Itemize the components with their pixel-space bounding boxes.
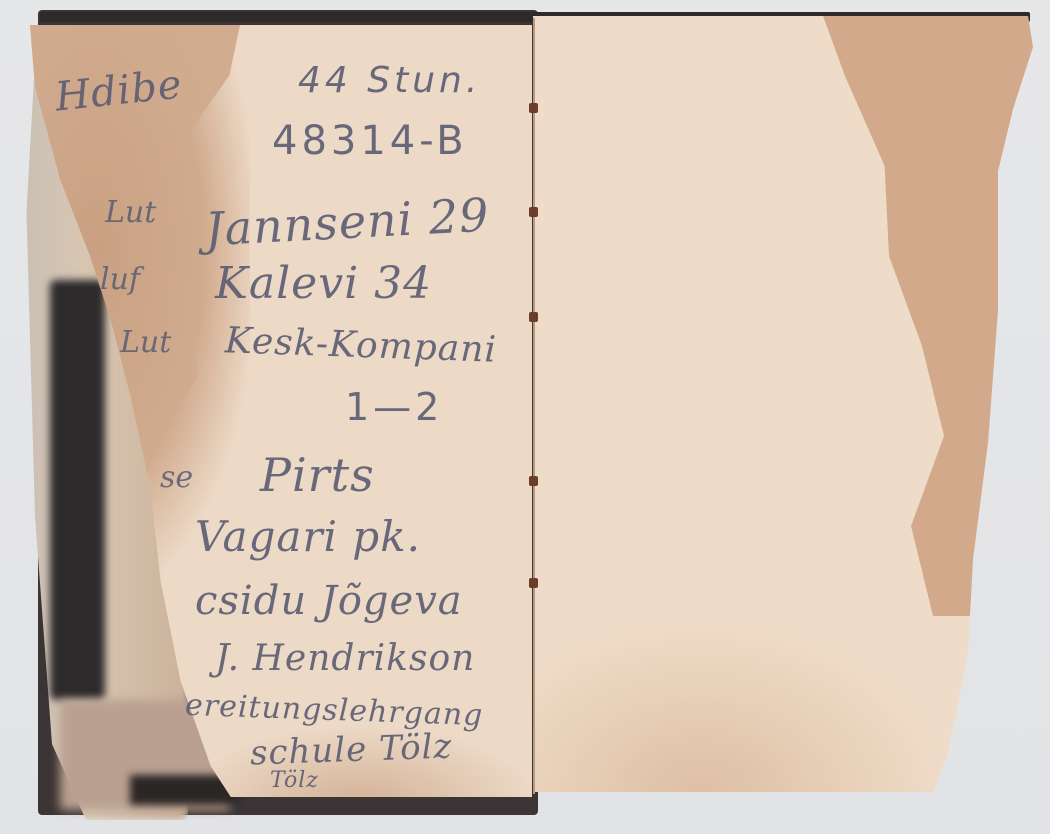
staple-hole [529, 476, 538, 486]
water-stain-right-bottom [533, 616, 953, 792]
entry-hendrikson: J. Hendrikson [215, 638, 475, 679]
entry-pirts: Pirts [260, 448, 375, 502]
spine-fold [533, 18, 535, 794]
staple-hole [529, 312, 538, 322]
entry-vagari: Vagari pk. [195, 512, 421, 561]
unit-line-2: 48314-B [272, 118, 468, 164]
entry-schule-tolz: schule Tölz [249, 726, 453, 773]
margin-fragment: se [160, 460, 193, 495]
entry-range: 1—2 [345, 385, 443, 429]
cover-shadow [50, 280, 105, 700]
staple-hole [529, 578, 538, 588]
notebook-photo: Hdibe 44 Stun. 48314-B Lut luf Lut se Ja… [0, 0, 1050, 834]
entry-jogeva: csidu Jõgeva [195, 578, 463, 624]
water-stain-right [823, 16, 1033, 616]
entry-kalevi: Kalevi 34 [215, 258, 432, 309]
unit-line-1: 44 Stun. [298, 60, 481, 101]
staple-hole [529, 103, 538, 113]
entry-tolz: Tölz [270, 768, 319, 793]
margin-fragment: luf [100, 262, 140, 297]
staple-hole [529, 207, 538, 217]
margin-fragment: Lut [105, 195, 156, 230]
right-page [533, 16, 1033, 792]
margin-fragment: Lut [120, 325, 171, 360]
